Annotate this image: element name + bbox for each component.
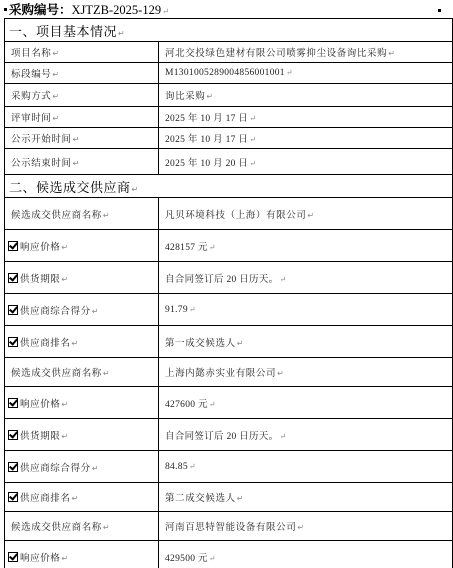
row-label: 项目名称↵ bbox=[5, 42, 159, 63]
table-row: 公示开始时间↵ 2025 年 10 月 17 日↵ bbox=[5, 128, 453, 149]
row-value: 427600 元↵ bbox=[159, 387, 453, 419]
row-value: 河北交投绿色建材有限公司喷雾抑尘设备询比采购↵ bbox=[159, 42, 453, 63]
table-row: 标段编号↵ M1301005289004856001001↵ bbox=[5, 63, 453, 84]
table-row: 供货期限↵ 自合同签订后 20 日历天。↵ bbox=[5, 262, 453, 294]
procurement-number-heading: 采购编号：XJTZB-2025-129↵ bbox=[4, 2, 169, 18]
row-label: 供应商综合得分↵ bbox=[5, 451, 159, 483]
section-title-project-info: 一、项目基本情况↵ bbox=[5, 19, 453, 42]
procurement-number-value: XJTZB-2025-129 bbox=[72, 3, 162, 17]
checkbox-checked-icon bbox=[8, 241, 18, 251]
table-row: 候选成交供应商名称↵ 上海内懿赤实业有限公司↵ bbox=[5, 358, 453, 387]
checkbox-checked-icon bbox=[8, 398, 18, 408]
table-row: 供应商综合得分↵ 84.85↵ bbox=[5, 451, 453, 483]
row-value: 84.85↵ bbox=[159, 451, 453, 483]
row-value: 自合同签订后 20 日历天。↵ bbox=[159, 262, 453, 294]
row-label: 候选成交供应商名称↵ bbox=[5, 512, 159, 541]
row-label: 公示结束时间↵ bbox=[5, 149, 159, 175]
checkbox-checked-icon bbox=[8, 273, 18, 283]
bullet-icon bbox=[4, 8, 7, 11]
row-value: 2025 年 10 月 17 日↵ bbox=[159, 107, 453, 128]
table-row: 候选成交供应商名称↵ 凡贝环境科技（上海）有限公司↵ bbox=[5, 198, 453, 230]
checkbox-checked-icon bbox=[8, 492, 18, 502]
table-row: 项目名称↵ 河北交投绿色建材有限公司喷雾抑尘设备询比采购↵ bbox=[5, 42, 453, 63]
table-row: 评审时间↵ 2025 年 10 月 17 日↵ bbox=[5, 107, 453, 128]
table-row: 响应价格↵ 427600 元↵ bbox=[5, 387, 453, 419]
table-row: 候选成交供应商名称↵ 河南百思特智能设备有限公司↵ bbox=[5, 512, 453, 541]
row-label: 候选成交供应商名称↵ bbox=[5, 198, 159, 230]
row-value: 429500 元↵ bbox=[159, 541, 453, 568]
row-label: 评审时间↵ bbox=[5, 107, 159, 128]
checkbox-checked-icon bbox=[8, 462, 18, 472]
table-row: 供应商排名↵ 第二成交候选人↵ bbox=[5, 483, 453, 512]
table-row: 响应价格↵ 428157 元↵ bbox=[5, 230, 453, 262]
checkbox-checked-icon bbox=[8, 305, 18, 315]
checkbox-checked-icon bbox=[8, 337, 18, 347]
row-value: 2025 年 10 月 20 日↵ bbox=[159, 149, 453, 175]
checkbox-checked-icon bbox=[8, 552, 18, 562]
table-row: 响应价格↵ 429500 元↵ bbox=[5, 541, 453, 568]
row-value: 上海内懿赤实业有限公司↵ bbox=[159, 358, 453, 387]
table-row: 公示结束时间↵ 2025 年 10 月 20 日↵ bbox=[5, 149, 453, 175]
row-value: 询比采购↵ bbox=[159, 84, 453, 107]
row-value: 凡贝环境科技（上海）有限公司↵ bbox=[159, 198, 453, 230]
table-row: 采购方式↵ 询比采购↵ bbox=[5, 84, 453, 107]
section-title-candidates: 二、候选成交供应商↵ bbox=[5, 175, 453, 198]
row-value: 第二成交候选人↵ bbox=[159, 483, 453, 512]
row-label: 供货期限↵ bbox=[5, 262, 159, 294]
row-label: 供应商排名↵ bbox=[5, 483, 159, 512]
procurement-number-label: 采购编号： bbox=[9, 2, 72, 17]
row-label: 响应价格↵ bbox=[5, 387, 159, 419]
row-value: 第一成交候选人↵ bbox=[159, 326, 453, 358]
paragraph-mark-icon: ↵ bbox=[162, 7, 169, 16]
table-row: 供应商排名↵ 第一成交候选人↵ bbox=[5, 326, 453, 358]
row-label: 采购方式↵ bbox=[5, 84, 159, 107]
table-row: 供应商综合得分↵ 91.79↵ bbox=[5, 294, 453, 326]
row-label: 供应商综合得分↵ bbox=[5, 294, 159, 326]
row-value: 428157 元↵ bbox=[159, 230, 453, 262]
row-value: 2025 年 10 月 17 日↵ bbox=[159, 128, 453, 149]
row-label: 公示开始时间↵ bbox=[5, 128, 159, 149]
row-label: 供应商排名↵ bbox=[5, 326, 159, 358]
row-label: 候选成交供应商名称↵ bbox=[5, 358, 159, 387]
row-label: 响应价格↵ bbox=[5, 541, 159, 568]
row-value: 河南百思特智能设备有限公司↵ bbox=[159, 512, 453, 541]
announcement-table: 一、项目基本情况↵ 项目名称↵ 河北交投绿色建材有限公司喷雾抑尘设备询比采购↵ … bbox=[4, 18, 453, 568]
row-value: 自合同签订后 20 日历天。↵ bbox=[159, 419, 453, 451]
row-label: 标段编号↵ bbox=[5, 63, 159, 84]
corner-marker-icon bbox=[438, 9, 441, 12]
row-label: 供货期限↵ bbox=[5, 419, 159, 451]
row-value: 91.79↵ bbox=[159, 294, 453, 326]
row-value: M1301005289004856001001↵ bbox=[159, 63, 453, 84]
checkbox-checked-icon bbox=[8, 430, 18, 440]
row-label: 响应价格↵ bbox=[5, 230, 159, 262]
table-row: 供货期限↵ 自合同签订后 20 日历天。↵ bbox=[5, 419, 453, 451]
